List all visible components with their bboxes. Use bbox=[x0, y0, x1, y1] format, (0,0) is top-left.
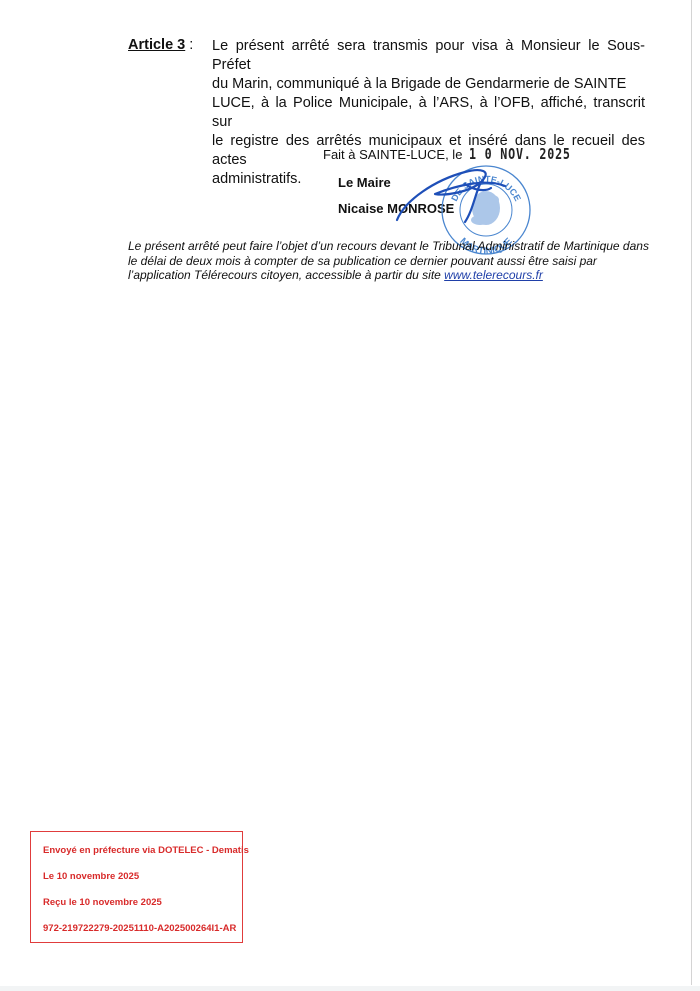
appeal-notice: Le présent arrêté peut faire l’objet d’u… bbox=[128, 239, 658, 283]
transmission-received: Reçu le 10 novembre 2025 bbox=[43, 897, 162, 908]
article-line: LUCE, à la Police Municipale, à l’ARS, à… bbox=[212, 94, 645, 132]
prefecture-transmission-box: Envoyé en préfecture via DOTELEC - Demat… bbox=[30, 831, 243, 943]
notice-line-text: l’application Télérecours citoyen, acces… bbox=[128, 268, 444, 282]
signatory-title: Le Maire bbox=[338, 175, 391, 190]
transmission-reference: 972-219722279-20251110-A202500264I1-AR bbox=[43, 923, 236, 934]
notice-line: l’application Télérecours citoyen, acces… bbox=[128, 268, 658, 283]
transmission-sent: Envoyé en préfecture via DOTELEC - Demat… bbox=[43, 845, 249, 856]
notice-line: Le présent arrêté peut faire l’objet d’u… bbox=[128, 239, 658, 254]
notice-line: le délai de deux mois à compter de sa pu… bbox=[128, 254, 658, 269]
article-number: Article 3 bbox=[128, 37, 185, 53]
telerecours-link[interactable]: www.telerecours.fr bbox=[444, 268, 543, 282]
page-edge bbox=[691, 0, 692, 985]
handwritten-signature-icon bbox=[395, 160, 515, 230]
article-label: Article 3 : bbox=[128, 37, 193, 53]
article-line: Le présent arrêté sera transmis pour vis… bbox=[212, 37, 645, 75]
article-line: du Marin, communiqué à la Brigade de Gen… bbox=[212, 75, 645, 94]
transmission-date: Le 10 novembre 2025 bbox=[43, 871, 139, 882]
article-separator: : bbox=[185, 37, 193, 53]
page-bottom-edge bbox=[0, 986, 700, 991]
